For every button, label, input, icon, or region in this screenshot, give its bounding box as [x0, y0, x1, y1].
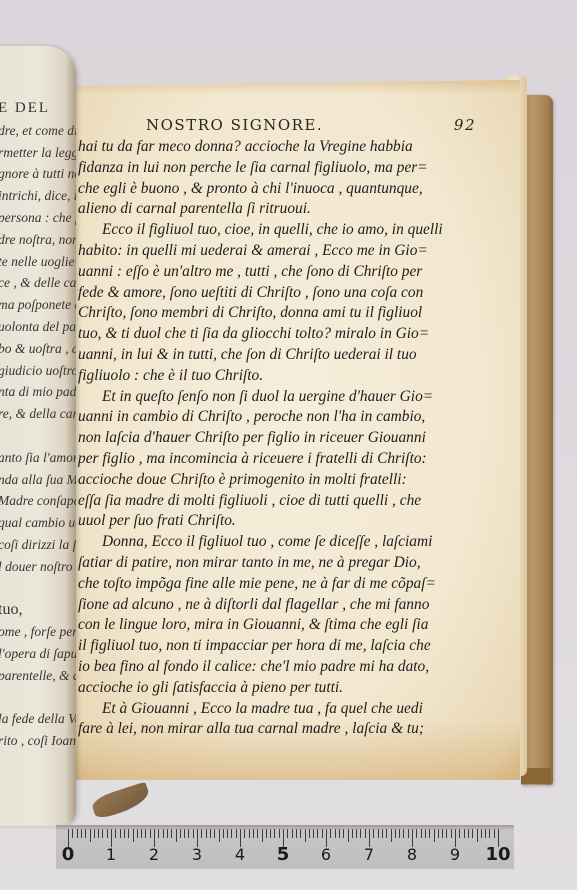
ruler-tick: [188, 829, 189, 838]
left-text-line: rmetter la legge di: [0, 142, 76, 164]
ruler-tick: [485, 829, 486, 838]
ruler-tick: [120, 829, 121, 838]
text-line: tuo, & ti duol che ti ſia da gliocchi to…: [78, 324, 498, 345]
ruler-tick: [356, 829, 357, 838]
left-text-line: ome , forſe perche: [0, 621, 76, 643]
ruler-tick: [266, 829, 267, 838]
left-text-line: nta di mio padre, e: [0, 381, 76, 403]
left-text-line: giudicio uoſtro ; hau: [0, 360, 76, 382]
body-text: hai tu da far meco donna? accioche la Vr…: [78, 137, 498, 740]
ruler-tick: [330, 829, 331, 838]
text-line: uuol per ſuo frati Chriſto.: [78, 511, 498, 532]
ruler-tick: [98, 829, 99, 838]
ruler-tick: [249, 829, 250, 838]
ruler-tick: [115, 829, 116, 838]
ruler-label: 5: [277, 844, 290, 865]
ruler-tick: [270, 829, 271, 838]
ruler-tick: [274, 829, 275, 838]
ruler-tick: [472, 829, 473, 838]
page-curl-shadow: [66, 46, 76, 826]
ruler-label: 0: [62, 844, 75, 865]
ruler-tick: [434, 829, 435, 842]
left-text-line: bo & uoſtra , accio: [0, 338, 76, 360]
page-number: 92: [454, 116, 476, 134]
left-text-line: dre noſtra, non uè p: [0, 229, 76, 251]
text-line: Ecco il figliuol tuo, cioe, in quelli, c…: [78, 220, 498, 241]
text-line: Chriſto, ſono membri di Chriſto, donna a…: [78, 303, 498, 324]
left-text-line: te nelle uoglie ſue, n: [0, 251, 76, 273]
text-line: Et in queſto ſenſo non ſi duol la uergin…: [78, 387, 498, 408]
left-text-line: nda alla ſua Madre: [0, 469, 76, 491]
left-text-line: l'opera di ſaputo, la: [0, 643, 76, 665]
ruler-tick: [231, 829, 232, 838]
ruler-tick: [296, 829, 297, 838]
ruler-tick: [438, 829, 439, 838]
left-page: E DEL dre, et come dice Sarmetter la leg…: [0, 46, 76, 826]
left-text-line: tuo,: [0, 599, 76, 621]
ruler-tick: [343, 829, 344, 838]
left-text-line: [0, 578, 76, 600]
ruler-label: 1: [106, 845, 116, 864]
page-header: NOSTRO SIGNORE. 92: [146, 116, 476, 136]
ruler-tick: [253, 829, 254, 838]
ruler-tick: [219, 829, 220, 842]
text-line: accioche doue Chriſto è primogenito in m…: [78, 470, 498, 491]
ruler-tick: [176, 829, 177, 842]
ruler-tick: [386, 829, 387, 838]
text-line: hai tu da far meco donna? accioche la Vr…: [78, 137, 498, 158]
text-line: ſione ad alcuno , ne à diſtorli dal flag…: [78, 595, 498, 616]
text-line: ſatiar di patire, non mirar tanto in me,…: [78, 553, 498, 574]
ruler-tick: [309, 829, 310, 838]
scale-ruler: 012345678910: [56, 825, 514, 869]
ruler-tick: [133, 829, 134, 842]
running-head: NOSTRO SIGNORE.: [146, 116, 323, 134]
ruler-tick: [348, 829, 349, 842]
text-line: habito: in quelli mi uederai & amerai , …: [78, 241, 498, 262]
ruler-tick: [214, 829, 215, 838]
ruler-tick: [262, 829, 263, 842]
ruler-tick: [468, 829, 469, 838]
text-line: fidanza in lui non perche le ſia carnal …: [78, 158, 498, 179]
ruler-tick: [477, 829, 478, 842]
ruler-label: 8: [407, 845, 417, 864]
left-page-text: E DEL dre, et come dice Sarmetter la leg…: [0, 98, 76, 752]
ruler-tick: [158, 829, 159, 838]
left-text-line: re, & della carne ſu: [0, 403, 76, 425]
ruler-tick: [107, 829, 108, 838]
left-text-line: la fede della Verg: [0, 708, 76, 730]
ruler-tick: [317, 829, 318, 838]
ruler-tick: [481, 829, 482, 838]
text-line: uanni, in lui & in tutti, che ſon di Chr…: [78, 345, 498, 366]
ruler-tick: [335, 829, 336, 838]
ruler-tick: [300, 829, 301, 838]
ruler-label: 4: [235, 845, 245, 864]
ruler-tick: [494, 829, 495, 838]
ruler-tick: [339, 829, 340, 838]
ruler-tick: [382, 829, 383, 838]
ruler-label: 7: [364, 845, 374, 864]
ruler-tick: [167, 829, 168, 838]
text-line: figliuolo : che è il tuo Chriſto.: [78, 366, 498, 387]
text-line: con le lingue loro, mira in Giouanni, & …: [78, 615, 498, 636]
ruler-tick: [72, 829, 73, 838]
text-line: il figliuol tuo, non ti impacciar per ho…: [78, 636, 498, 657]
ruler-tick: [416, 829, 417, 838]
left-text-line: gnore à tutti noi, acci: [0, 163, 76, 185]
ruler-tick: [124, 829, 125, 838]
left-text-line: anto ſia l'amor di: [0, 447, 76, 469]
left-text-line: coſi dirizzi la ſua: [0, 534, 76, 556]
left-text-line: ce , & delle carnali: [0, 272, 76, 294]
ruler-tick: [90, 829, 91, 842]
ruler-tick: [442, 829, 443, 838]
ruler-tick: [373, 829, 374, 838]
text-line: uanni : eſſo è un'altro me , tutti , che…: [78, 262, 498, 283]
ruler-tick: [464, 829, 465, 838]
ruler-tick: [489, 829, 490, 838]
ruler-tick: [292, 829, 293, 838]
text-line: non laſcia d'hauer Chriſto per figlio in…: [78, 428, 498, 449]
ruler-tick: [236, 829, 237, 838]
ruler-tick: [193, 829, 194, 838]
ruler-tick: [451, 829, 452, 838]
text-line: che toſto impõga fine alle mie pene, ne …: [78, 574, 498, 595]
ruler-tick: [360, 829, 361, 838]
left-text-line: rito , coſi Ioan. 2. 4: [0, 730, 76, 752]
ruler-tick: [408, 829, 409, 838]
ruler-tick: [378, 829, 379, 838]
ruler-tick: [77, 829, 78, 838]
left-text-line: dre, et come dice Sa: [0, 120, 76, 142]
ruler-tick: [81, 829, 82, 838]
ruler-tick: [244, 829, 245, 838]
ruler-tick: [141, 829, 142, 838]
ruler-tick: [180, 829, 181, 838]
ruler-tick: [279, 829, 280, 838]
text-line: fare à lei, non mirar alla tua carnal ma…: [78, 719, 498, 740]
left-text-line: Madre conſapeuole: [0, 490, 76, 512]
left-text-line: uolonta del padre: [0, 316, 76, 338]
ruler-label: 10: [485, 844, 510, 865]
ruler-tick: [322, 829, 323, 838]
ruler-tick: [446, 829, 447, 838]
ruler-tick: [102, 829, 103, 838]
ruler-tick: [391, 829, 392, 842]
ruler-tick: [201, 829, 202, 838]
ruler-label: 2: [149, 845, 159, 864]
text-line: Et à Giouanni , Ecco la madre tua , fa q…: [78, 699, 498, 720]
ruler-tick: [137, 829, 138, 838]
text-line: Donna, Ecco il figliuol tuo , come ſe di…: [78, 532, 498, 553]
ruler-tick: [403, 829, 404, 838]
ruler-tick: [305, 829, 306, 842]
left-text-line: [0, 687, 76, 709]
ruler-tick: [150, 829, 151, 838]
ruler-labels: 012345678910: [56, 845, 514, 867]
text-line: accioche io gli ſatisfaccia à pieno per …: [78, 678, 498, 699]
text-line: io bea fino al fondo il calice: che'l mi…: [78, 657, 498, 678]
left-text-line: intrichi, dice, la ma: [0, 185, 76, 207]
ruler-tick: [425, 829, 426, 838]
ruler-label: 3: [192, 845, 202, 864]
text-line: uanni in cambio di Chriſto , peroche non…: [78, 407, 498, 428]
ruler-tick: [184, 829, 185, 838]
text-line: che egli è buono , & pronto à chi l'inuo…: [78, 179, 498, 200]
ruler-tick: [365, 829, 366, 838]
left-text-line: parentelle, & d: [0, 665, 76, 687]
left-running-head: E DEL: [0, 98, 76, 120]
ruler-tick: [223, 829, 224, 838]
text-line: eſſa ſia madre di molti figliuoli , cioe…: [78, 491, 498, 512]
ruler-tick: [94, 829, 95, 838]
left-text-line: ma poſponete di: [0, 294, 76, 316]
ruler-tick: [163, 829, 164, 838]
ruler-tick: [128, 829, 129, 838]
text-line: alieno di carnal parentella ſi ritruoui.: [78, 199, 498, 220]
ruler-tick: [210, 829, 211, 838]
ruler-label: 9: [450, 845, 460, 864]
text-line: per figlio , ma incomincia à riceuere i …: [78, 449, 498, 470]
ruler-tick: [206, 829, 207, 838]
ruler-tick: [429, 829, 430, 838]
right-page: NOSTRO SIGNORE. 92 hai tu da far meco do…: [68, 80, 520, 780]
ruler-tick: [287, 829, 288, 838]
ruler-tick: [399, 829, 400, 838]
text-line: fede & amore, ſono ueſtiti di Chriſto , …: [78, 283, 498, 304]
ruler-tick: [395, 829, 396, 838]
left-text-line: persona : che ſalu: [0, 207, 76, 229]
ruler-tick: [313, 829, 314, 838]
ruler-tick: [352, 829, 353, 838]
ruler-tick: [227, 829, 228, 838]
ruler-tick: [257, 829, 258, 838]
ruler-tick: [421, 829, 422, 838]
ruler-tick: [145, 829, 146, 838]
ruler-label: 6: [321, 845, 331, 864]
ruler-tick: [85, 829, 86, 838]
left-text-line: [0, 425, 76, 447]
ruler-tick: [171, 829, 172, 838]
ruler-tick: [459, 829, 460, 838]
left-text-line: qual cambio uo: [0, 512, 76, 534]
left-text-line: l douer noſtro co: [0, 556, 76, 578]
